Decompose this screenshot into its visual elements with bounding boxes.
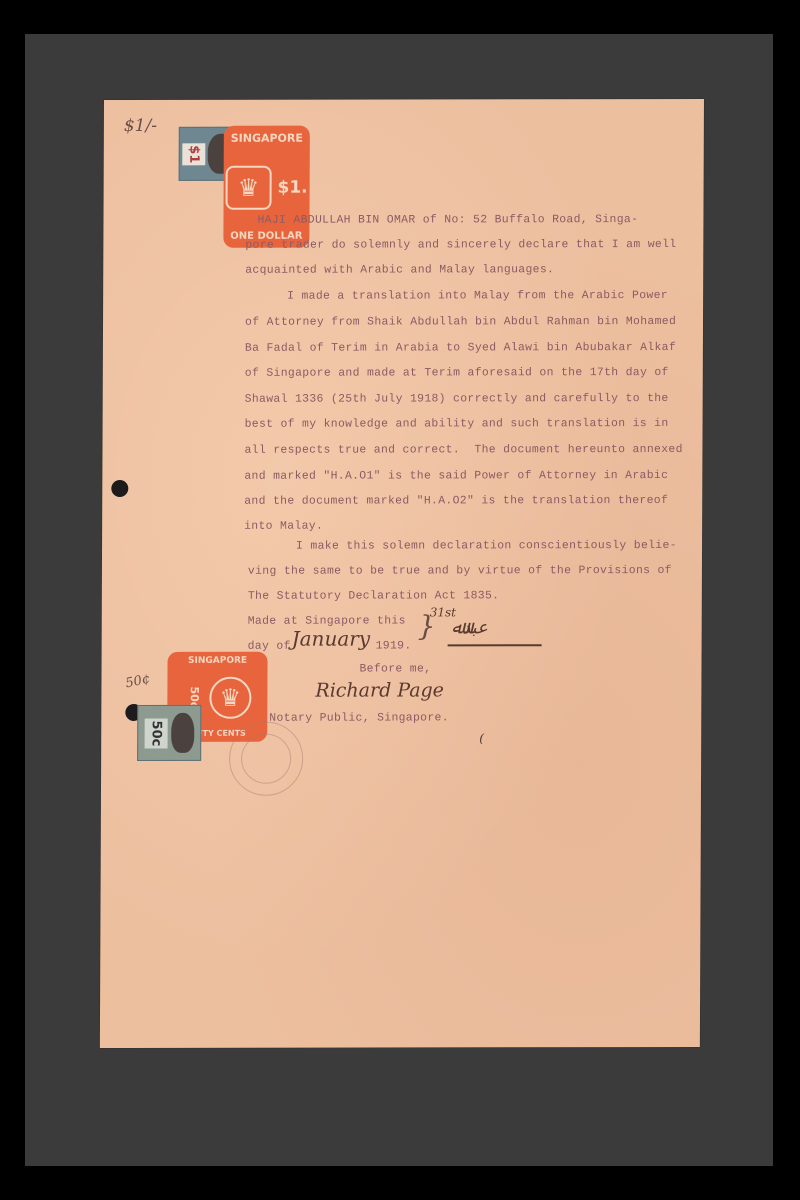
stamp-value: $1 xyxy=(182,143,205,165)
stamp-country: SINGAPORE xyxy=(231,132,303,145)
handwritten-month: January xyxy=(292,627,371,651)
stamp-value: 50c xyxy=(145,718,168,748)
postage-stamp-fifty-cents: 50c xyxy=(137,705,201,761)
brace: } xyxy=(418,609,436,642)
declarant-signature: ﻋﺒﺪﷲ xyxy=(452,617,488,638)
text-line: best of my knowledge and ability and suc… xyxy=(245,419,669,431)
stamp-country: SINGAPORE xyxy=(188,656,247,666)
ink-mark: ( xyxy=(479,731,484,745)
text-line: ving the same to be true and by virtue o… xyxy=(248,566,672,578)
notary-title: Notary Public, Singapore. xyxy=(269,713,449,725)
text-line: I made a translation into Malay from the… xyxy=(287,291,668,303)
text-line: The Statutory Declaration Act 1835. xyxy=(248,591,500,603)
crown-icon: ♛ xyxy=(209,676,251,718)
text-line: and marked "H.A.O1" is the said Power of… xyxy=(244,471,668,483)
text-line: of Singapore and made at Terim aforesaid… xyxy=(245,368,669,380)
pencil-price-mark: $1/- xyxy=(124,116,157,136)
punch-hole-top xyxy=(111,480,128,497)
text-line: and the document marked "H.A.O2" is the … xyxy=(244,496,668,508)
signature-underline xyxy=(448,644,542,646)
notary-signature: Richard Page xyxy=(315,679,444,701)
text-line: Shawal 1336 (25th July 1918) correctly a… xyxy=(245,394,669,406)
before-me-text: Before me, xyxy=(359,664,431,676)
notary-seal-inner xyxy=(241,734,291,784)
text-line: of Attorney from Shaik Abdullah bin Abdu… xyxy=(245,317,676,329)
year-text: 1919. xyxy=(376,641,412,652)
revenue-stamp-one-dollar: SINGAPORE ♛ $1. ONE DOLLAR xyxy=(223,126,310,248)
text-line: into Malay. xyxy=(244,522,323,534)
document-page: $1/- 50¢ $1 SINGAPORE ♛ $1. ONE DOLLAR H… xyxy=(100,99,704,1048)
text-line: Ba Fadal of Terim in Arabia to Syed Alaw… xyxy=(245,343,676,355)
king-portrait-icon xyxy=(171,713,194,753)
text-line: acquainted with Arabic and Malay languag… xyxy=(245,265,554,277)
stamp-value: $1. xyxy=(278,178,308,198)
crown-icon: ♛ xyxy=(225,166,271,210)
text-line: I make this solemn declaration conscient… xyxy=(296,541,677,553)
text-line: HAJI ABDULLAH BIN OMAR of No: 52 Buffalo… xyxy=(257,215,638,227)
pencil-mark-50c: 50¢ xyxy=(124,672,151,692)
text-line: all respects true and correct. The docum… xyxy=(244,445,682,457)
text-line: pore trader do solemnly and sincerely de… xyxy=(245,240,676,252)
